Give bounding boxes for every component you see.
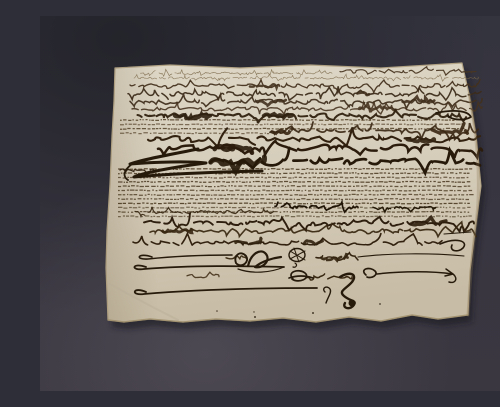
flourish-stroke — [349, 300, 355, 306]
manuscript-scene — [40, 16, 500, 391]
print-row — [118, 212, 469, 213]
ink-dot — [253, 311, 254, 312]
ink-dot — [254, 316, 256, 318]
script-line-bold-accent — [264, 114, 293, 118]
ink-dot — [216, 310, 218, 312]
ink-dot — [312, 312, 314, 314]
script-line-bold-accent — [407, 139, 434, 141]
print-row — [118, 177, 468, 178]
ink-dot — [379, 303, 381, 305]
photo-of-manuscript: Photograph of an aged early-modern Spani… — [40, 16, 500, 391]
